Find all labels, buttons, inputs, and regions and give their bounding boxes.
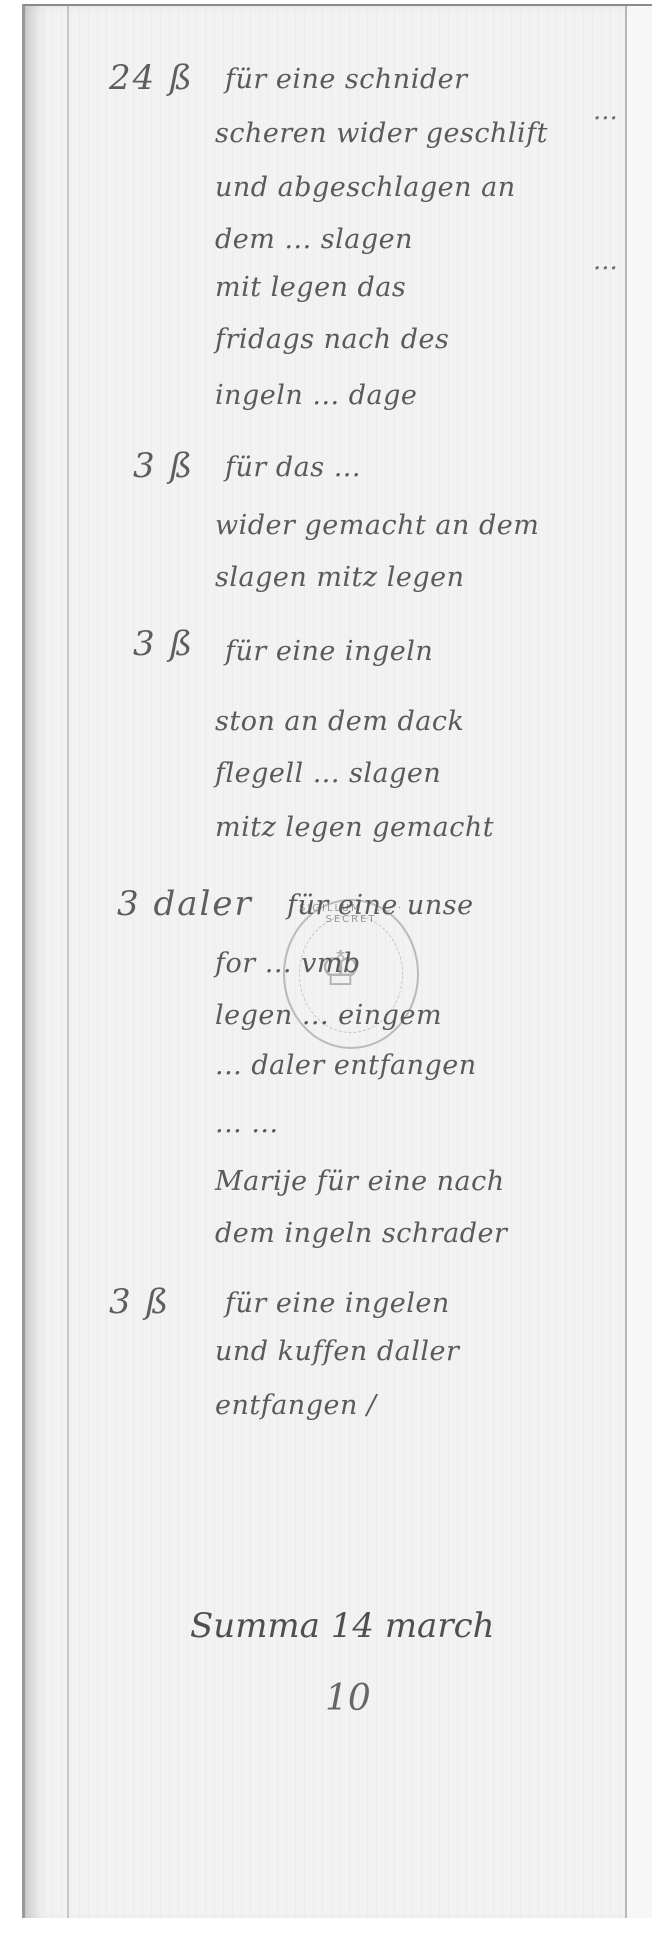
- entry-line: fridags nach des: [215, 324, 449, 355]
- manuscript-page: 24 ß für eine schnider scheren wider ges…: [22, 4, 652, 1925]
- entry-line: ... ...: [215, 1108, 279, 1139]
- margin-mark: ...: [593, 246, 618, 276]
- entry-line: mit legen das: [215, 272, 406, 303]
- entry-amount: 3 ß: [133, 446, 194, 486]
- entry-line: flegell ... slagen: [215, 758, 441, 789]
- entry-line: dem ingeln schrader: [215, 1218, 507, 1249]
- entry-amount: 3 daler: [117, 884, 253, 924]
- entry-line: for ... vmb: [215, 948, 361, 979]
- entry-line: mitz legen gemacht: [215, 812, 494, 843]
- entry-line: wider gemacht an dem: [215, 510, 539, 541]
- entry-line: für das ...: [225, 452, 361, 483]
- entry-line: slagen mitz legen: [215, 562, 464, 593]
- entry-line: für eine schnider: [225, 64, 468, 95]
- margin-mark: ...: [593, 96, 618, 126]
- entry-line: für eine ingelen: [225, 1288, 450, 1319]
- gutter-line: [67, 6, 69, 1922]
- entry-line: legen ... eingem: [215, 1000, 442, 1031]
- entry-line: Marije für eine nach: [215, 1166, 505, 1197]
- page-total: Summa 14 march: [190, 1606, 495, 1646]
- right-margin: [627, 6, 652, 1922]
- entry-line: dem ... slagen: [215, 224, 413, 255]
- entry-line: entfangen /: [215, 1390, 377, 1421]
- entry-line: ... daler entfangen: [215, 1050, 477, 1081]
- page-bottom-edge: [0, 1918, 652, 1940]
- entry-line: ston an dem dack: [215, 706, 464, 737]
- entry-line: und kuffen daller: [215, 1336, 459, 1367]
- entry-line: und abgeschlagen an: [215, 172, 516, 203]
- folio-number: 10: [325, 1678, 371, 1719]
- entry-line: ingeln ... dage: [215, 380, 417, 411]
- entry-amount: 24 ß: [109, 58, 194, 98]
- entry-line: scheren wider geschlift: [215, 118, 548, 149]
- entry-amount: 3 ß: [109, 1282, 170, 1322]
- entry-amount: 3 ß: [133, 624, 194, 664]
- entry-line: für eine unse: [287, 890, 474, 921]
- entry-line: für eine ingeln: [225, 636, 433, 667]
